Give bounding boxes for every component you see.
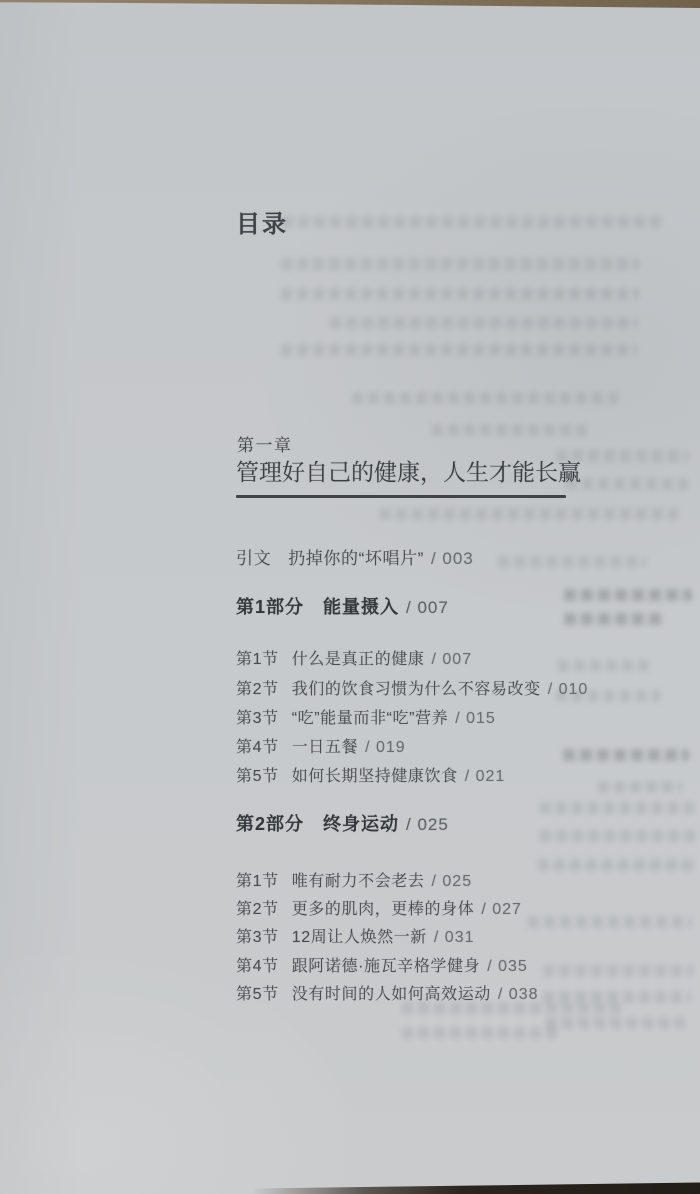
entry-title: 一日五餐 [292, 739, 358, 756]
bleed-through-line [432, 424, 590, 436]
toc-entry: 第1节唯有耐力不会老去/ 025 [236, 868, 472, 891]
chapter-title-rule [236, 495, 566, 498]
entry-label: 第2节 [236, 901, 279, 918]
toc-part-header: 第1部分能量摄入/ 007 [236, 593, 449, 619]
entry-title: 我们的饮食习惯为什么不容易改变 [292, 681, 541, 698]
entry-label: 第3节 [236, 710, 279, 727]
part-title: 终身运动 [323, 814, 399, 834]
book-page-photo: 目录 第一章 管理好自己的健康，人生才能长赢 引文扔掉你的“坏唱片”/ 003 … [0, 0, 700, 1194]
entry-page-number: / 031 [434, 929, 475, 946]
entry-label: 第1节 [236, 873, 279, 890]
toc-entry: 第3节12周让人焕然一新/ 031 [236, 924, 475, 947]
toc-entry-intro: 引文扔掉你的“坏唱片”/ 003 [236, 544, 474, 569]
bleed-through-line [598, 781, 682, 793]
part-page-number: / 007 [406, 598, 449, 617]
bleed-through-line [282, 216, 662, 228]
entry-title: 12周让人焕然一新 [292, 929, 427, 946]
entry-label: 第4节 [236, 958, 279, 975]
bleed-through-line [564, 589, 692, 601]
desk-edge-top [0, 0, 700, 10]
entry-label: 第1节 [236, 651, 279, 668]
toc-entry: 第4节一日五餐/ 019 [236, 734, 406, 757]
part-title: 能量摄入 [323, 597, 399, 617]
bleed-through-line [330, 317, 638, 329]
toc-entry: 第1节什么是真正的健康/ 007 [236, 646, 472, 669]
entry-title: 跟阿诺德·施瓦辛格学健身 [292, 958, 481, 975]
bleed-through-line [543, 991, 691, 1003]
chapter-title: 管理好自己的健康，人生才能长赢 [236, 454, 581, 487]
entry-label: 第5节 [236, 986, 279, 1003]
entry-label: 引文 [236, 549, 271, 568]
bleed-through-line [538, 859, 696, 871]
entry-page-number: / 025 [432, 873, 473, 890]
toc-entry: 第4节跟阿诺德·施瓦辛格学健身/ 035 [236, 953, 528, 976]
entry-label: 第4节 [236, 739, 279, 756]
entry-title: 什么是真正的健康 [292, 651, 425, 668]
part-label: 第2部分 [236, 814, 304, 834]
bleed-through-line [566, 478, 688, 490]
entry-page-number: / 035 [487, 958, 528, 975]
bleed-through-line [402, 1027, 560, 1039]
entry-page-number: / 021 [465, 768, 506, 785]
entry-page-number: / 003 [431, 549, 474, 568]
entry-page-number: / 038 [498, 986, 539, 1003]
entry-title: 更多的肌肉，更棒的身体 [292, 901, 475, 918]
entry-title: 如何长期坚持健康饮食 [292, 768, 458, 785]
part-label: 第1部分 [236, 597, 304, 617]
toc-entry: 第2节更多的肌肉，更棒的身体/ 027 [236, 896, 522, 919]
entry-page-number: / 027 [481, 901, 522, 918]
bleed-through-line [540, 830, 696, 842]
bleed-through-line [563, 749, 689, 761]
toc-title: 目录 [236, 204, 288, 239]
entry-page-number: / 007 [432, 651, 473, 668]
bleed-through-line [352, 392, 618, 404]
toc-part-header: 第2部分终身运动/ 025 [236, 810, 449, 836]
toc-entry: 第5节如何长期坚持健康饮食/ 021 [236, 763, 505, 786]
toc-entry: 第3节“吃”能量而非“吃”营养/ 015 [236, 705, 496, 728]
bleed-through-line [546, 1017, 690, 1029]
entry-label: 第2节 [236, 681, 279, 698]
bleed-through-line [498, 556, 646, 568]
desk-edge-bottom [0, 1180, 700, 1194]
entry-title: 扔掉你的“坏唱片” [288, 549, 424, 568]
entry-title: “吃”能量而非“吃”营养 [292, 710, 449, 727]
toc-entry: 第2节我们的饮食习惯为什么不容易改变/ 010 [236, 676, 588, 699]
entry-label: 第3节 [236, 929, 279, 946]
entry-label: 第5节 [236, 768, 279, 785]
entry-title: 没有时间的人如何高效运动 [292, 986, 491, 1003]
entry-page-number: / 015 [455, 710, 496, 727]
toc-entry: 第5节没有时间的人如何高效运动/ 038 [236, 981, 539, 1004]
bleed-through-line [281, 288, 639, 300]
bleed-through-line [281, 258, 639, 270]
entry-title: 唯有耐力不会老去 [292, 873, 425, 890]
bleed-through-line [380, 508, 678, 520]
entry-page-number: / 019 [365, 739, 406, 756]
bleed-through-line [528, 916, 692, 928]
chapter-number: 第一章 [237, 431, 293, 456]
bleed-through-line [543, 965, 693, 977]
bleed-through-line [558, 660, 650, 672]
bleed-through-line [540, 802, 694, 814]
entry-page-number: / 010 [548, 681, 589, 698]
part-page-number: / 025 [406, 815, 449, 834]
bleed-through-line [281, 344, 637, 356]
bleed-through-line [564, 613, 666, 625]
